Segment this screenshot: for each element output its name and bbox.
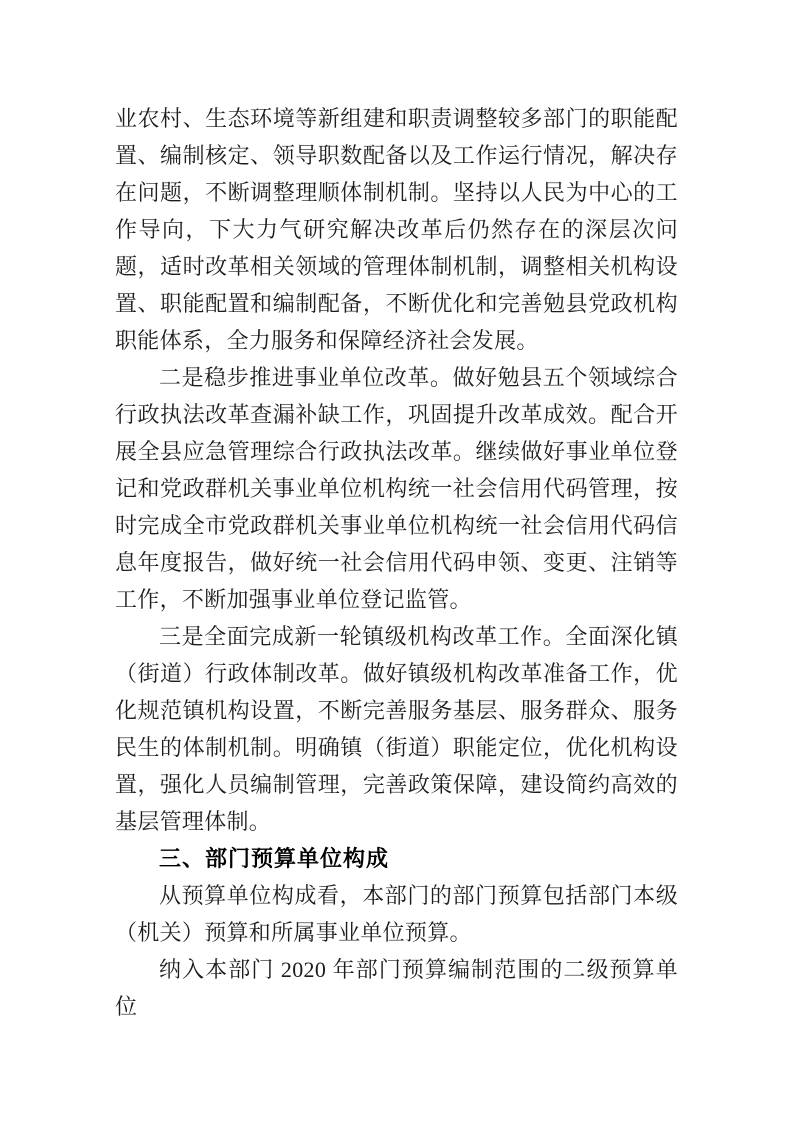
paragraph-budget-scope-2020: 纳入本部门 2020 年部门预算编制范围的二级预算单位 [115,951,678,1025]
document-page: 业农村、生态环境等新组建和职责调整较多部门的职能配置、编制核定、领导职数配备以及… [0,0,793,1122]
section-heading-budget-unit-composition: 三、部门预算单位构成 [115,840,678,877]
paragraph-second-task-institution-reform: 二是稳步推进事业单位改革。做好勉县五个领域综合行政执法改革查漏补缺工作，巩固提升… [115,359,678,618]
page-text-content: 业农村、生态环境等新组建和职责调整较多部门的职能配置、编制核定、领导职数配备以及… [115,100,678,1025]
paragraph-third-task-town-level-reform: 三是全面完成新一轮镇级机构改革工作。全面深化镇（街道）行政体制改革。做好镇级机构… [115,618,678,840]
paragraph-budget-composition: 从预算单位构成看，本部门的部门预算包括部门本级（机关）预算和所属事业单位预算。 [115,877,678,951]
paragraph-reform-continuation: 业农村、生态环境等新组建和职责调整较多部门的职能配置、编制核定、领导职数配备以及… [115,100,678,359]
